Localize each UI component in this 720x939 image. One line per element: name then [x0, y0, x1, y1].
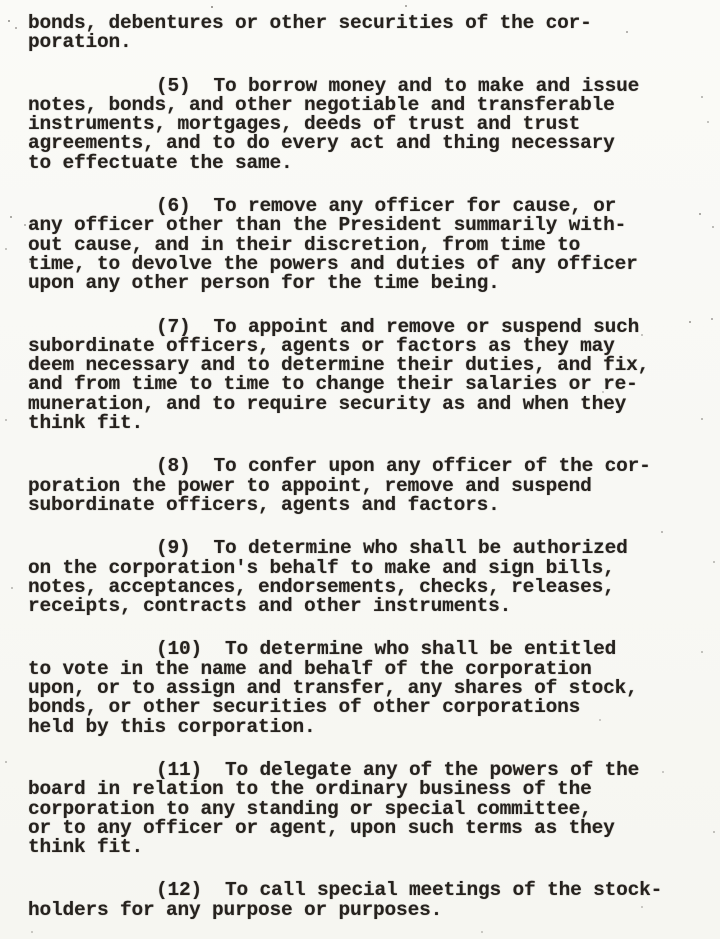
text-line: held by this corporation.	[28, 718, 702, 737]
text-line: subordinate officers, agents and factors…	[28, 496, 702, 515]
paragraph: (10) To determine who shall be entitledt…	[28, 640, 702, 736]
paragraph: (6) To remove any officer for cause, ora…	[28, 197, 702, 293]
scanned-page: bonds, debentures or other securities of…	[0, 0, 720, 939]
text-line: and from time to time to change their sa…	[28, 375, 702, 394]
text-line: any officer other than the President sum…	[28, 216, 702, 235]
paragraph: bonds, debentures or other securities of…	[28, 14, 702, 53]
text-line: agreements, and to do every act and thin…	[28, 134, 702, 153]
text-line: receipts, contracts and other instrument…	[28, 597, 702, 616]
paragraph: (9) To determine who shall be authorized…	[28, 539, 702, 616]
text-line: (10) To determine who shall be entitled	[28, 640, 702, 659]
paragraph: (12) To call special meetings of the sto…	[28, 881, 702, 920]
text-line: think fit.	[28, 838, 702, 857]
text-line: corporation to any standing or special c…	[28, 800, 702, 819]
text-line: on the corporation's behalf to make and …	[28, 559, 702, 578]
text-line: holders for any purpose or purposes.	[28, 901, 702, 920]
text-line: poration.	[28, 33, 702, 52]
text-line: to effectuate the same.	[28, 154, 702, 173]
text-line: (12) To call special meetings of the sto…	[28, 881, 702, 900]
paragraph: (8) To confer upon any officer of the co…	[28, 457, 702, 515]
text-line: (8) To confer upon any officer of the co…	[28, 457, 702, 476]
text-line: (9) To determine who shall be authorized	[28, 539, 702, 558]
text-line: bonds, or other securities of other corp…	[28, 698, 702, 717]
paragraph: (11) To delegate any of the powers of th…	[28, 761, 702, 857]
document-body: bonds, debentures or other securities of…	[0, 0, 720, 920]
text-line: (7) To appoint and remove or suspend suc…	[28, 318, 702, 337]
text-line: think fit.	[28, 414, 702, 433]
text-line: board in relation to the ordinary busine…	[28, 780, 702, 799]
text-line: (5) To borrow money and to make and issu…	[28, 77, 702, 96]
text-line: upon any other person for the time being…	[28, 274, 702, 293]
paragraph: (5) To borrow money and to make and issu…	[28, 77, 702, 173]
paragraph: (7) To appoint and remove or suspend suc…	[28, 318, 702, 434]
